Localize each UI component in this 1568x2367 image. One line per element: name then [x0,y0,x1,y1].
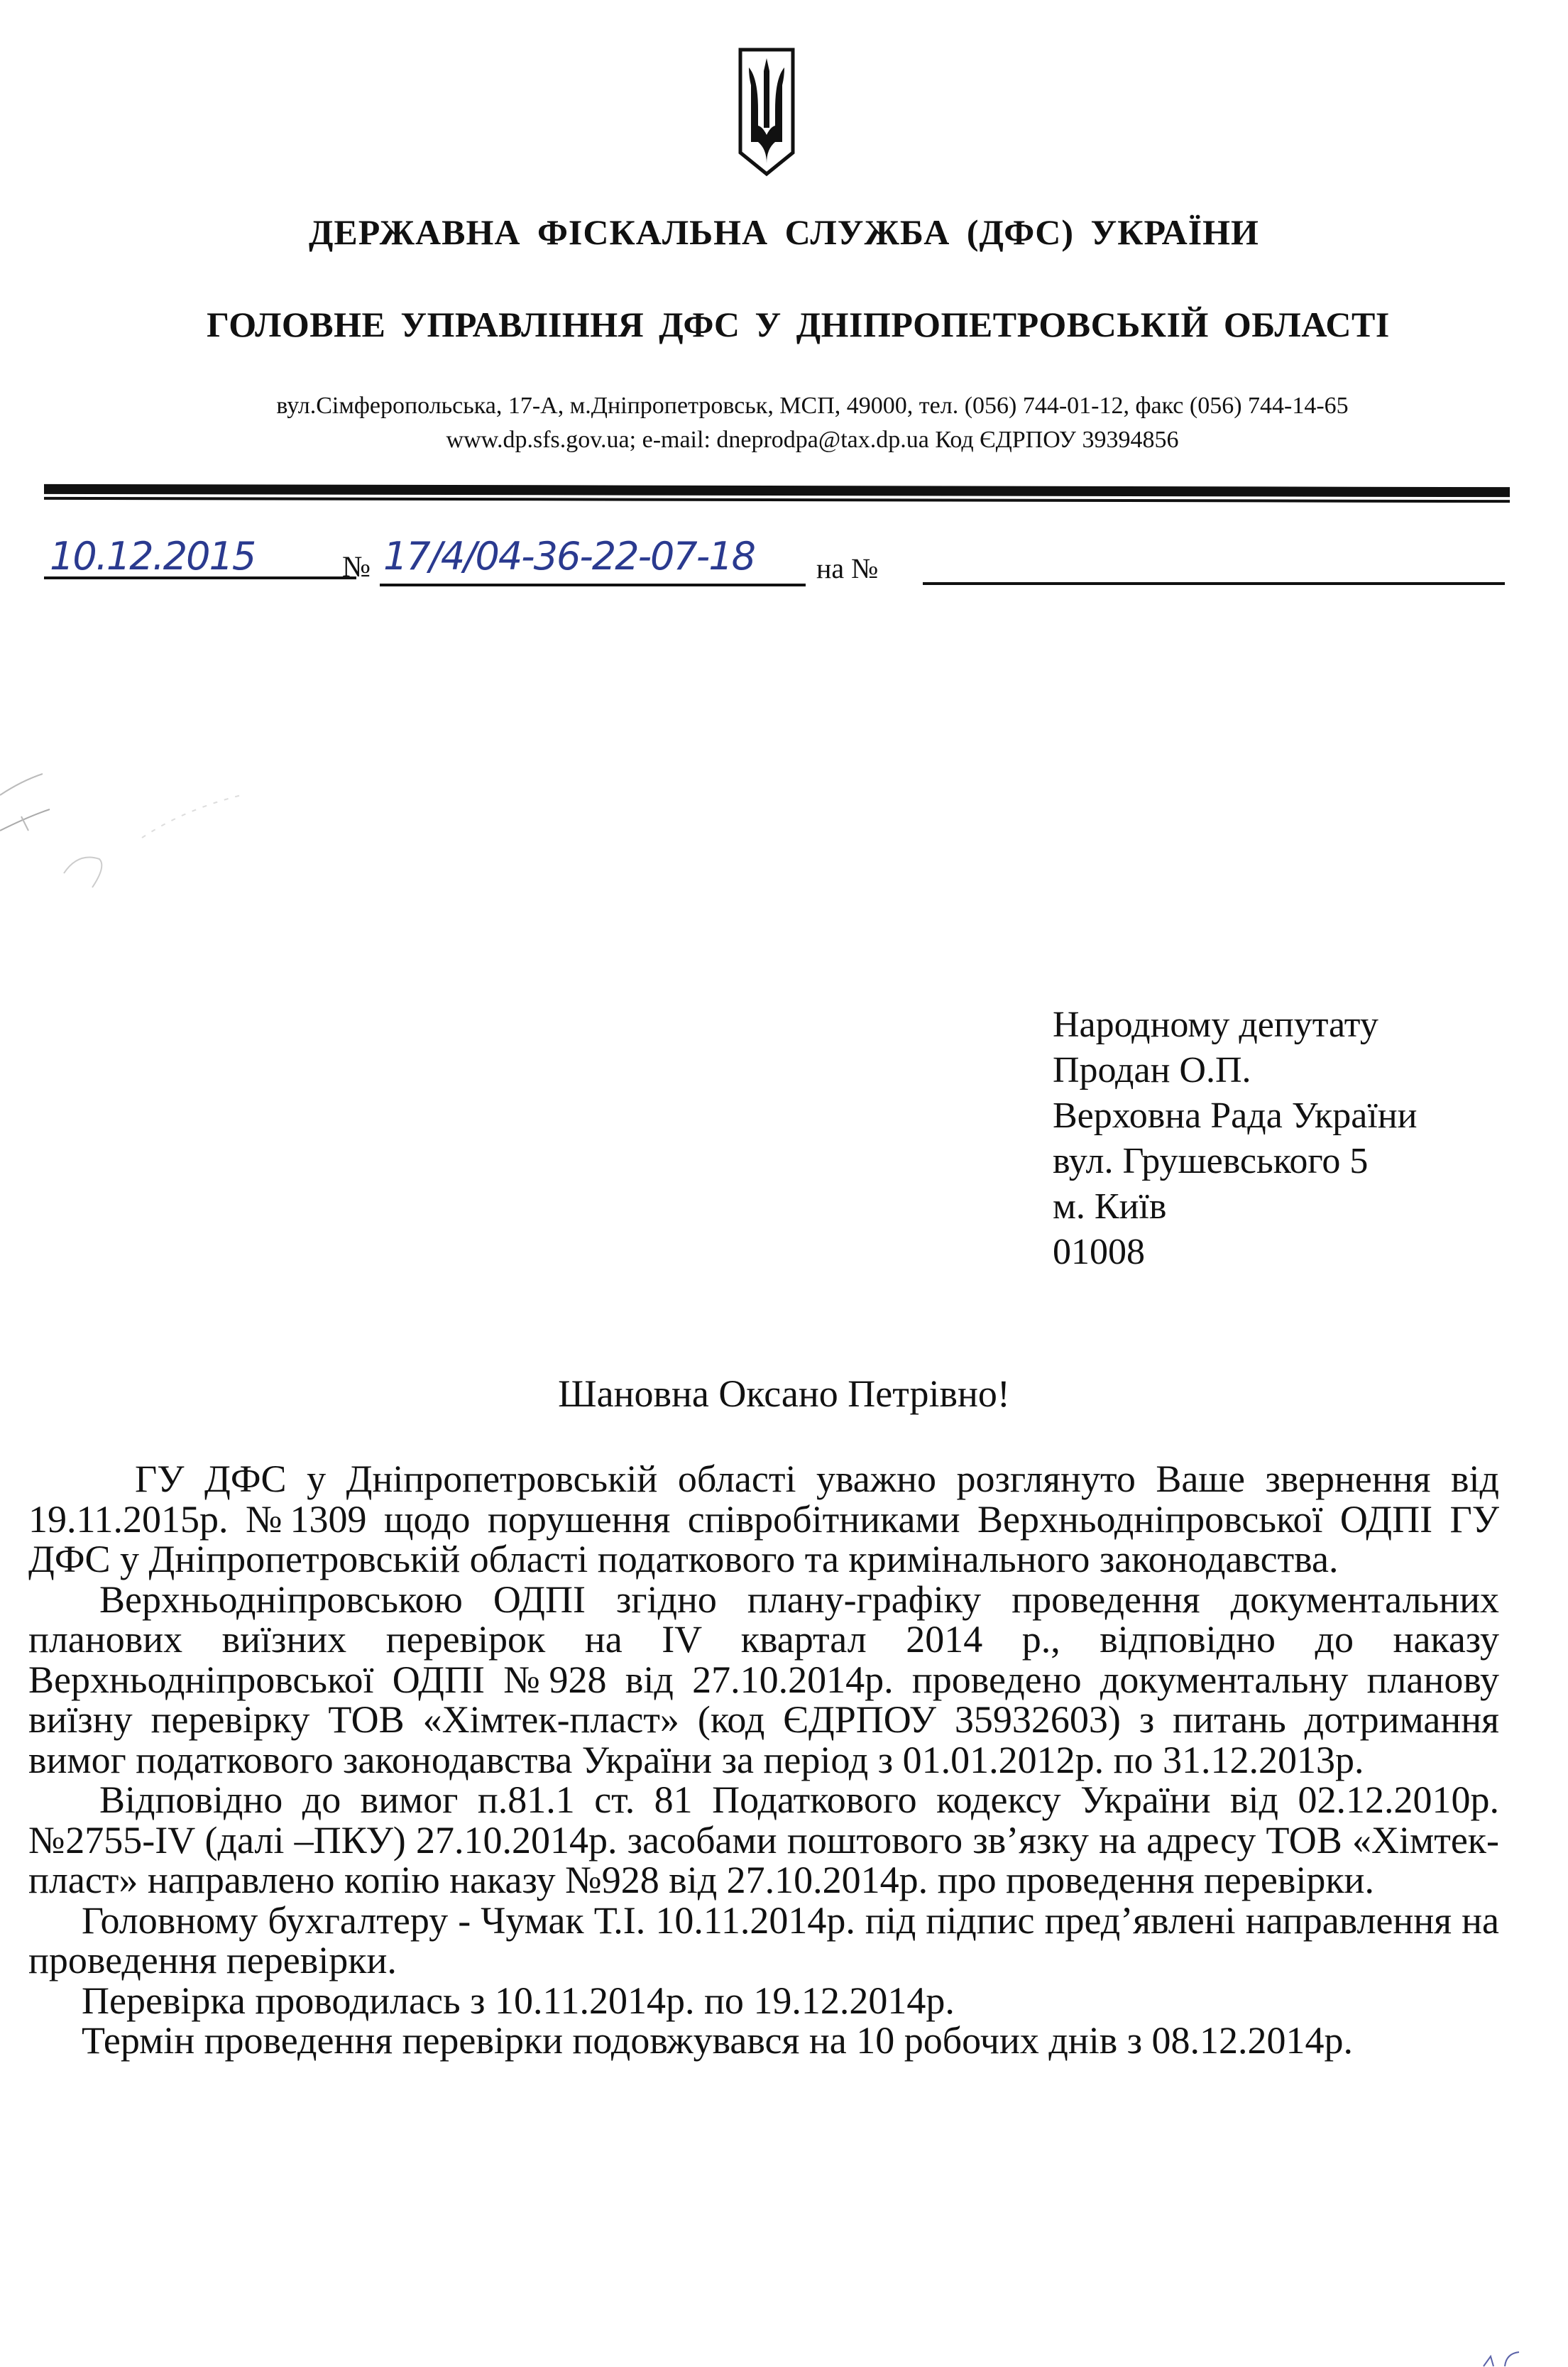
body-paragraph: ГУ ДФС у Дніпропетровській області уважн… [28,1459,1499,1580]
letter-body: ГУ ДФС у Дніпропетровській області уважн… [28,1459,1499,2061]
date-underline [44,576,356,579]
salutation: Шановна Оксано Петрівно! [0,1372,1568,1416]
recipient-line: Народному депутату [1053,1002,1417,1048]
outgoing-number-handwritten: 17/4/04-36-22-07-18 [383,534,755,579]
recipient-line: Верховна Рада України [1053,1093,1417,1139]
reply-to-underline [923,582,1505,585]
org-contacts: www.dp.sfs.gov.ua; e-mail: dneprodpa@tax… [0,427,1568,454]
body-paragraph: Термін проведення перевірки подовжувався… [28,2021,1499,2061]
recipient-line: 01008 [1053,1230,1417,1275]
recipient-block: Народному депутату Продан О.П. Верховна … [1053,1002,1417,1275]
handwritten-resolution-mark [0,724,256,909]
body-paragraph: Головному бухгалтеру - Чумак Т.І. 10.11.… [28,1901,1499,1981]
recipient-line: Продан О.П. [1053,1048,1417,1093]
reply-to-label: на № [816,552,878,585]
number-prefix: № [342,550,371,584]
number-underline [380,584,806,586]
body-paragraph: Відповідно до вимог п.81.1 ст. 81 Податк… [28,1780,1499,1901]
trident-emblem-icon [738,43,795,177]
handwritten-initials-mark [1476,2346,1533,2367]
body-paragraph: Перевірка проводилась з 10.11.2014р. по … [28,1981,1499,2021]
org-title-line2: ГОЛОВНЕ УПРАВЛІННЯ ДФС У ДНІПРОПЕТРОВСЬК… [0,304,1568,345]
letterhead-divider-thin [44,497,1510,503]
letterhead-divider-thick [44,484,1510,497]
org-address: вул.Сімферопольська, 17-А, м.Дніпропетро… [0,393,1568,420]
body-paragraph: Верхньодніпровською ОДПІ згідно плану-гр… [28,1580,1499,1781]
outgoing-date-handwritten: 10.12.2015 [50,534,255,579]
org-title-line1: ДЕРЖАВНА ФІСКАЛЬНА СЛУЖБА (ДФС) УКРАЇНИ [0,212,1568,253]
recipient-line: м. Київ [1053,1184,1417,1230]
recipient-line: вул. Грушевського 5 [1053,1139,1417,1184]
